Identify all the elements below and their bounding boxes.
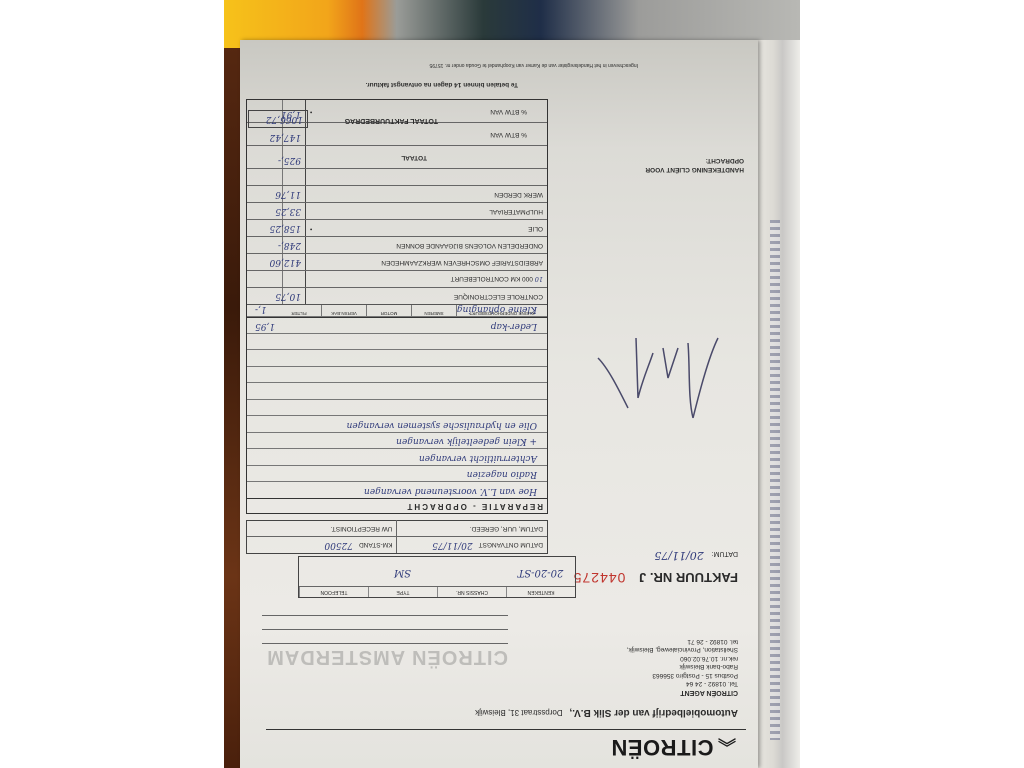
service-header-row: KLEINE ONDERHOUDSBEURT SMEREN MOTOR VERS… — [247, 304, 547, 317]
paper-edge-strip — [770, 220, 780, 740]
cost-row: ARBEIDSTARIEF OMSCHREVEN WERKZAAMHEDEN41… — [247, 253, 547, 270]
repair-line: Leder-kap1,95 — [247, 317, 547, 334]
stacked-papers — [756, 40, 800, 768]
cost-label-cell — [306, 169, 547, 185]
km-prefix: 10 — [535, 275, 543, 283]
client-signature-icon — [588, 318, 748, 438]
total-amount-box: 1066,72 — [248, 110, 308, 128]
header-filter: FILTER — [277, 305, 321, 317]
telefoon-value — [299, 558, 368, 586]
cost-label: 000 KM CONTROLEBEURT — [451, 275, 533, 282]
company-name-text: Automobielbedrijf van der Slik B.V., — [569, 707, 738, 718]
total-amount: 1066,72 — [266, 111, 303, 127]
cost-amount: 10,75 — [275, 288, 301, 304]
cost-row: ONDERDELEN VOLGENS BIJGAANDE BONNEN248,- — [247, 236, 547, 253]
cost-label: HULPMATERIAAL — [306, 203, 547, 219]
cost-row: WERK DERDEN11,76 — [247, 185, 547, 202]
datum-ontvangst-label: DATUM ONTVANGST — [479, 541, 543, 548]
invoice-total-row: TOTAAL FAKTUURBEDRAG 1066,72 — [248, 112, 548, 128]
invoice-number-value: 044275 — [573, 570, 626, 586]
receipt-row: DATUM ONTVANGST20/11/75 KM-STAND72500 — [247, 536, 547, 553]
citroen-logo: ︽CITROËN — [611, 734, 736, 760]
cost-amount-cell: 925,- — [247, 146, 306, 168]
address-line — [262, 615, 508, 616]
company-address: Dorpsstraat 31, Bleiswijk — [475, 708, 563, 717]
repair-order-box: REPARATIE - OPDRACHT Hoe van L.V. voorst… — [246, 316, 548, 514]
cost-amount-cell: 158,25 — [247, 220, 306, 236]
photo-frame: ︽CITROËN Automobielbedrijf van der Slik … — [224, 0, 800, 768]
datum-ontvangst-value: 20/11/75 — [432, 540, 472, 550]
header-type: TYPE — [368, 587, 437, 597]
payment-terms: Te betalen binnen 14 dagen na ontvangst … — [366, 81, 518, 88]
cost-label: ONDERDELEN VOLGENS BIJGAANDE BONNEN — [306, 237, 547, 253]
registry-note: Ingeschreven in het Handelsregister van … — [430, 62, 638, 68]
cost-amount-cell: 11,76 — [247, 186, 306, 202]
company-name: Automobielbedrijf van der Slik B.V., Dor… — [475, 707, 738, 718]
agent-line: Postbus 15 - Postgiro 356663 — [652, 672, 738, 679]
repair-line — [247, 350, 547, 367]
header-smeren: SMEREN — [411, 305, 456, 317]
header-chassis: CHASSIS NR. — [437, 587, 506, 597]
km-stand-label: KM-STAND — [359, 541, 392, 548]
invoice-content-rotated: ︽CITROËN Automobielbedrijf van der Slik … — [240, 40, 758, 768]
btw-amount: 147,42 — [270, 129, 302, 145]
cost-row — [247, 168, 547, 185]
repair-line-text: Achterruitlicht vervangen — [419, 453, 537, 463]
repair-line — [247, 333, 547, 350]
cost-label: ARBEIDSTARIEF OMSCHREVEN WERKZAAMHEDEN — [306, 254, 547, 270]
header-versn-bak: VERSN.BAK — [321, 305, 366, 317]
cost-amount-cell: 248,- — [247, 237, 306, 253]
cost-amount-cell — [247, 271, 306, 287]
vehicle-value-row: 20-20-ST SM — [299, 558, 575, 586]
repair-line-amount: 1,95 — [255, 318, 275, 333]
address-line — [262, 629, 508, 630]
subtotal-label: TOTAAL — [306, 146, 547, 168]
header-divider — [266, 729, 746, 730]
type-value: SM — [368, 558, 437, 586]
agent-line: Tel. 01892 - 24 64 — [686, 681, 738, 688]
cents-divider — [282, 169, 283, 185]
repair-line-text: + Klein gedeeltelijk vervangen — [396, 437, 537, 447]
repair-line — [247, 383, 547, 400]
total-label: TOTAAL FAKTUURBEDRAG — [345, 117, 438, 124]
service-cost-table: KLEINE ONDERHOUDSBEURT SMEREN MOTOR VERS… — [246, 99, 548, 318]
km-stand-cell: KM-STAND72500 — [247, 537, 397, 553]
cost-row: HULPMATERIAAL33,25 — [247, 202, 547, 219]
signature-label-line1: HANDTEKENING CLIËNT VOOR — [645, 166, 744, 173]
agent-line: Shellstation, Provincialeweg, Bleiswijk, — [627, 647, 738, 654]
cents-divider — [282, 271, 283, 287]
invoice-number: FAKTUUR NR. J 044275 — [573, 570, 738, 586]
invoice-sheet: ︽CITROËN Automobielbedrijf van der Slik … — [240, 40, 758, 768]
agent-block: CITROËN AGENT Tel. 01892 - 24 64 Postbus… — [627, 637, 738, 697]
invoice-prefix: J — [639, 570, 646, 585]
cost-row: CONTROLE ELECTRONIQUE10,75 — [247, 287, 547, 304]
subtotal-amount: 925,- — [278, 152, 301, 168]
invoice-date: DATUM: 20/11/75 — [654, 549, 738, 562]
vehicle-header-row: KENTEKEN CHASSIS NR. TYPE TELEFOON — [299, 586, 575, 597]
cost-amount-cell — [247, 169, 306, 185]
agent-title: CITROËN AGENT — [680, 689, 738, 696]
km-stand-value: 72500 — [324, 540, 353, 550]
receipt-row: DATUM, UUR, GEREED. UW RECEPTIONIST. — [247, 520, 547, 536]
cost-amount: 11,76 — [275, 186, 301, 202]
repair-line: Radio nagezien — [247, 465, 547, 482]
repair-line — [247, 366, 547, 383]
datum-gereed-label: DATUM, UUR, GEREED. — [397, 520, 548, 536]
repair-line: Achterruitlicht vervangen — [247, 449, 547, 466]
cost-row: 10 000 KM CONTROLEBEURT — [247, 270, 547, 287]
invoice-label: FAKTUUR NR. — [650, 570, 738, 585]
header-kenteken: KENTEKEN — [506, 587, 575, 597]
repair-line: Hoe van L.V. voorsteunend vervangen — [247, 482, 547, 499]
logo-text: CITROËN — [611, 735, 714, 760]
cost-label: OLIE — [528, 225, 543, 232]
cost-amount-cell: 10,75 — [247, 288, 306, 304]
date-value: 20/11/75 — [654, 549, 703, 562]
vehicle-table: KENTEKEN CHASSIS NR. TYPE TELEFOON 20-20… — [298, 556, 576, 598]
cost-amount: 248,- — [278, 237, 301, 253]
agent-line: rek.nr. 10.76.02.060 — [680, 655, 738, 662]
cost-label-cell: 10 000 KM CONTROLEBEURT — [306, 271, 547, 287]
repair-line-text: Hoe van L.V. voorsteunend vervangen — [364, 486, 537, 496]
address-line — [262, 643, 508, 644]
repair-order-title: REPARATIE - OPDRACHT — [247, 498, 547, 513]
cost-label: CONTROLE ELECTRONIQUE — [306, 288, 547, 304]
repair-line: + Klein gedeeltelijk vervangen — [247, 432, 547, 449]
repair-line-text: Radio nagezien — [467, 470, 537, 480]
repair-line-text: Olie en hydraulische systemen vervangen — [347, 420, 537, 430]
watermark-text: CITROËN AMSTERDAM — [266, 645, 508, 668]
repair-line: Olie en hydraulische systemen vervangen — [247, 416, 547, 433]
repair-line — [247, 399, 547, 416]
cost-amount-cell: 412,60 — [247, 254, 306, 270]
date-label: DATUM: — [712, 550, 738, 557]
header-motor: MOTOR — [366, 305, 411, 317]
agent-line: tel. 01892 - 26 71 — [687, 638, 738, 645]
header-kleine-onderhoudsbeurt: KLEINE ONDERHOUDSBEURT — [456, 305, 547, 317]
cost-amount-cell: 33,25 — [247, 203, 306, 219]
header-telefoon: TELEFOON — [299, 587, 368, 597]
kenteken-value: 20-20-ST — [506, 558, 575, 586]
cost-row-total: TOTAAL925,- — [247, 145, 547, 168]
receptionist-label: UW RECEPTIONIST. — [247, 520, 397, 536]
signature-label-line2: OPDRACHT: — [706, 157, 744, 164]
cost-amount: 33,25 — [275, 203, 301, 219]
agent-line: Rabo-bank Bleiswijk — [679, 664, 738, 671]
chassis-value — [437, 558, 506, 586]
cost-amount: 412,60 — [270, 254, 302, 270]
cost-amount: 158,25 — [270, 220, 302, 236]
cost-label-cell: OLIE• — [306, 220, 547, 236]
receipt-table: DATUM ONTVANGST20/11/75 KM-STAND72500 DA… — [246, 520, 548, 554]
signature-label: HANDTEKENING CLIËNT VOOR OPDRACHT: — [645, 156, 744, 174]
repair-line-text: Leder-kap — [491, 321, 537, 331]
cost-row: OLIE•158,25 — [247, 219, 547, 236]
datum-ontvangst-cell: DATUM ONTVANGST20/11/75 — [397, 537, 548, 553]
cost-label: WERK DERDEN — [306, 186, 547, 202]
citroen-double-chevron-icon: ︽ — [718, 736, 737, 756]
asterisk-icon: • — [310, 220, 312, 236]
